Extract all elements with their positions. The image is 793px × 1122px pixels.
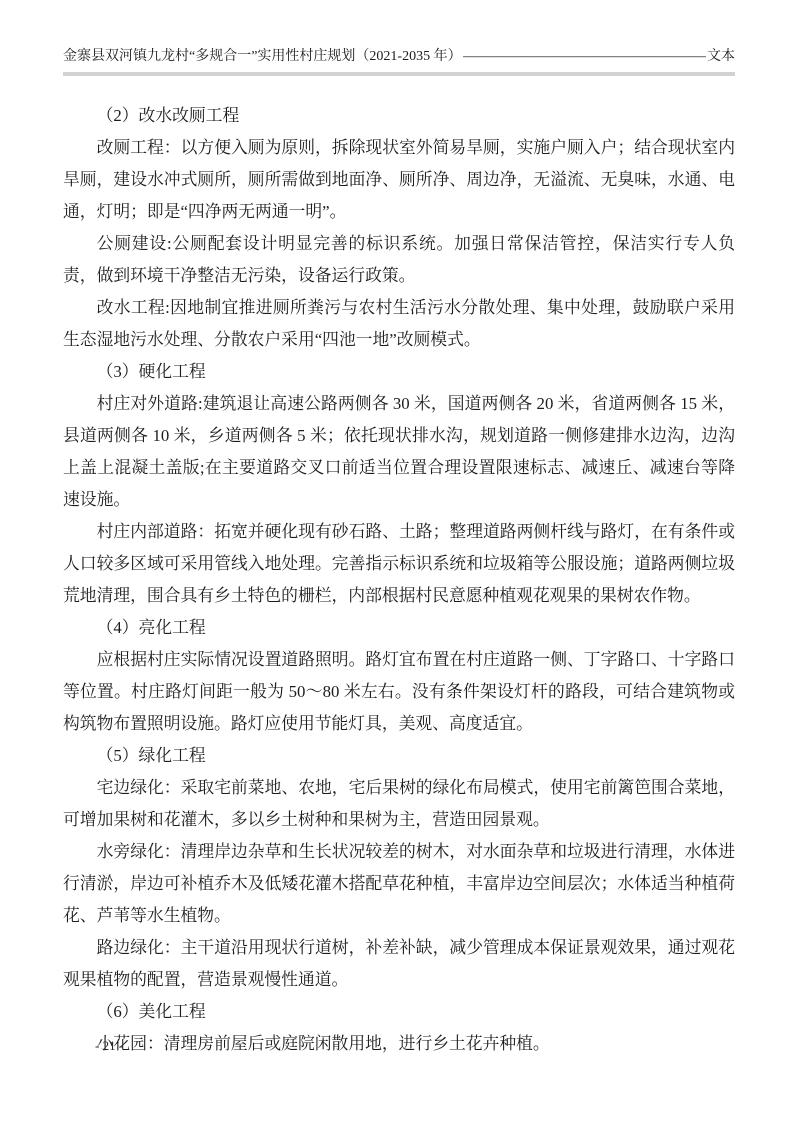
paragraph: 路边绿化：主干道沿用现状行道树，补差补缺，减少管理成本保证景观效果，通过观花观果… [63, 932, 735, 996]
page-header: 金寨县双河镇九龙村“多规合一”实用性村庄规划（2021-2035 年） ————… [63, 0, 735, 76]
header-line: 金寨县双河镇九龙村“多规合一”实用性村庄规划（2021-2035 年） ————… [63, 47, 735, 67]
document-page: 金寨县双河镇九龙村“多规合一”实用性村庄规划（2021-2035 年） ————… [0, 0, 793, 1122]
paragraph: 公厕建设:公厕配套设计明显完善的标识系统。加强日常保洁管控，保洁实行专人负责，做… [63, 228, 735, 292]
section-heading: （5）绿化工程 [63, 740, 735, 772]
paragraph: 改水工程:因地制宜推进厕所粪污与农村生活污水分散处理、集中处理，鼓励联户采用生态… [63, 292, 735, 356]
header-rule [63, 72, 735, 76]
page-number: - 21 - [95, 1038, 123, 1053]
header-title: 金寨县双河镇九龙村“多规合一”实用性村庄规划（2021-2035 年） [63, 47, 462, 67]
section-heading: （2）改水改厕工程 [63, 100, 735, 132]
section-heading: （4）亮化工程 [63, 612, 735, 644]
paragraph: 改厕工程：以方便入厕为原则，拆除现状室外简易旱厕，实施户厕入户；结合现状室内旱厕… [63, 132, 735, 228]
section-heading: （3）硬化工程 [63, 356, 735, 388]
header-dash-line: ———————————————————————————————————————— [463, 47, 706, 67]
paragraph: 宅边绿化：采取宅前菜地、农地，宅后果树的绿化布局模式，使用宅前篱笆围合菜地，可增… [63, 772, 735, 836]
section-heading: （6）美化工程 [63, 996, 735, 1028]
paragraph: 村庄对外道路:建筑退让高速公路两侧各 30 米，国道两侧各 20 米，省道两侧各… [63, 388, 735, 516]
document-body: （2）改水改厕工程改厕工程：以方便入厕为原则，拆除现状室外简易旱厕，实施户厕入户… [63, 100, 735, 1060]
header-doc-type-label: 文本 [707, 47, 735, 67]
paragraph: 应根据村庄实际情况设置道路照明。路灯宜布置在村庄道路一侧、丁字路口、十字路口等位… [63, 644, 735, 740]
page-footer: - 21 - [95, 1038, 123, 1054]
paragraph: 小花园：清理房前屋后或庭院闲散用地，进行乡土花卉种植。 [63, 1028, 735, 1060]
paragraph: 村庄内部道路：拓宽并硬化现有砂石路、土路；整理道路两侧杆线与路灯，在有条件或人口… [63, 516, 735, 612]
paragraph: 水旁绿化：清理岸边杂草和生长状况较差的树木，对水面杂草和垃圾进行清理，水体进行清… [63, 836, 735, 932]
